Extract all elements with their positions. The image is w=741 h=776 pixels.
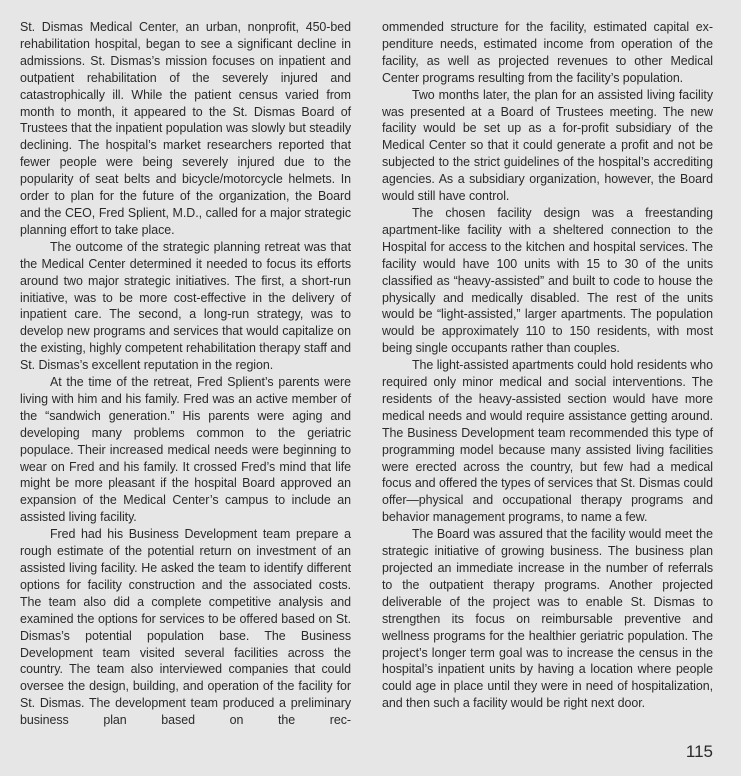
paragraph-light-assisted: The light-assisted apartments could hold… xyxy=(382,357,713,526)
right-column: ommended structure for the facility, est… xyxy=(382,19,713,712)
page-number: 115 xyxy=(686,742,713,762)
document-page: St. Dismas Medical Center, an urban, non… xyxy=(0,0,741,776)
paragraph-board-meeting: Two months later, the plan for an assist… xyxy=(382,87,713,205)
left-column: St. Dismas Medical Center, an urban, non… xyxy=(20,19,351,729)
paragraph-business-development: Fred had his Business Development team p… xyxy=(20,526,351,729)
paragraph-board-assured: The Board was assured that the facility … xyxy=(382,526,713,712)
paragraph-intro: St. Dismas Medical Center, an urban, non… xyxy=(20,19,351,239)
paragraph-strategic-outcome: The outcome of the strategic planning re… xyxy=(20,239,351,374)
paragraph-facility-design: The chosen facility design was a freesta… xyxy=(382,205,713,357)
paragraph-continued-plan: ommended structure for the facility, est… xyxy=(382,19,713,87)
paragraph-fred-parents: At the time of the retreat, Fred Splient… xyxy=(20,374,351,526)
